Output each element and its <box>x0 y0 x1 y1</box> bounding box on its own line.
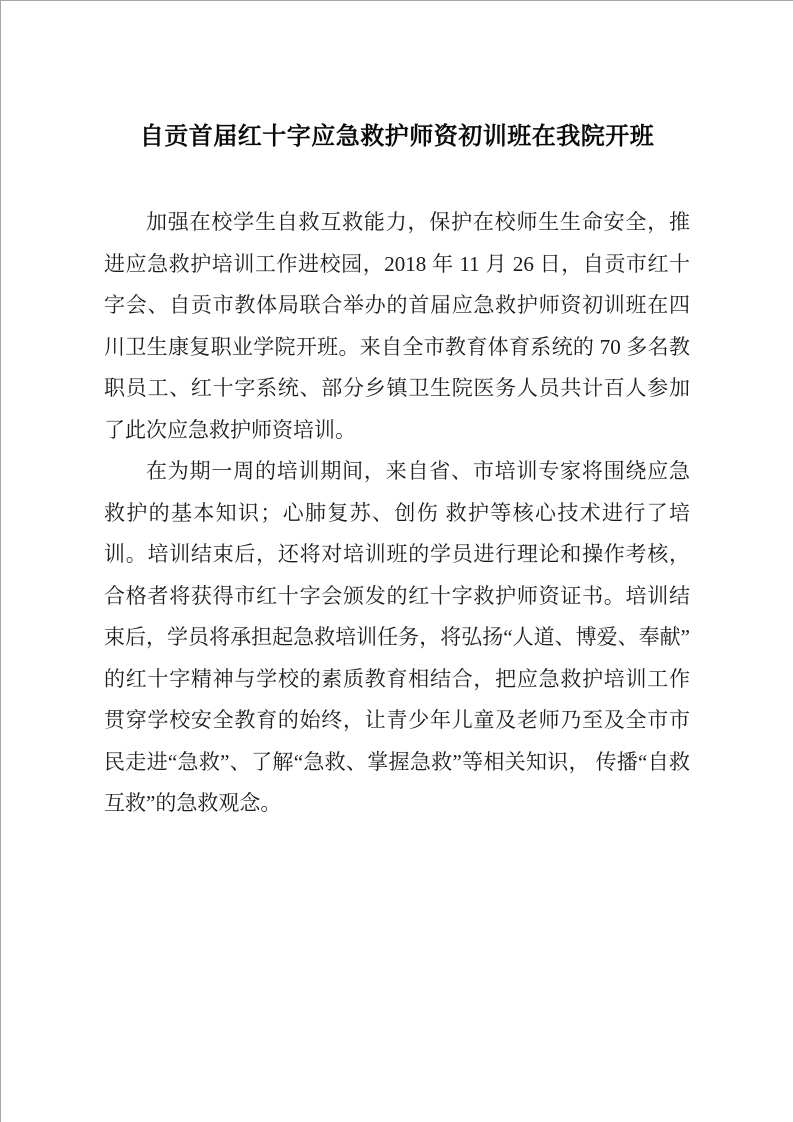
document-body: 加强在校学生自救互救能力，保护在校师生生命安全，推进应急救护培训工作进校园，20… <box>104 202 690 825</box>
document-title: 自贡首届红十字应急救护师资初训班在我院开班 <box>1 119 793 155</box>
document-page: 自贡首届红十字应急救护师资初训班在我院开班 加强在校学生自救互救能力，保护在校师… <box>0 0 793 1122</box>
paragraph-1: 加强在校学生自救互救能力，保护在校师生生命安全，推进应急救护培训工作进校园，20… <box>104 202 690 451</box>
paragraph-2: 在为期一周的培训期间，来自省、市培训专家将围绕应急救护的基本知识；心肺复苏、创伤… <box>104 451 690 825</box>
